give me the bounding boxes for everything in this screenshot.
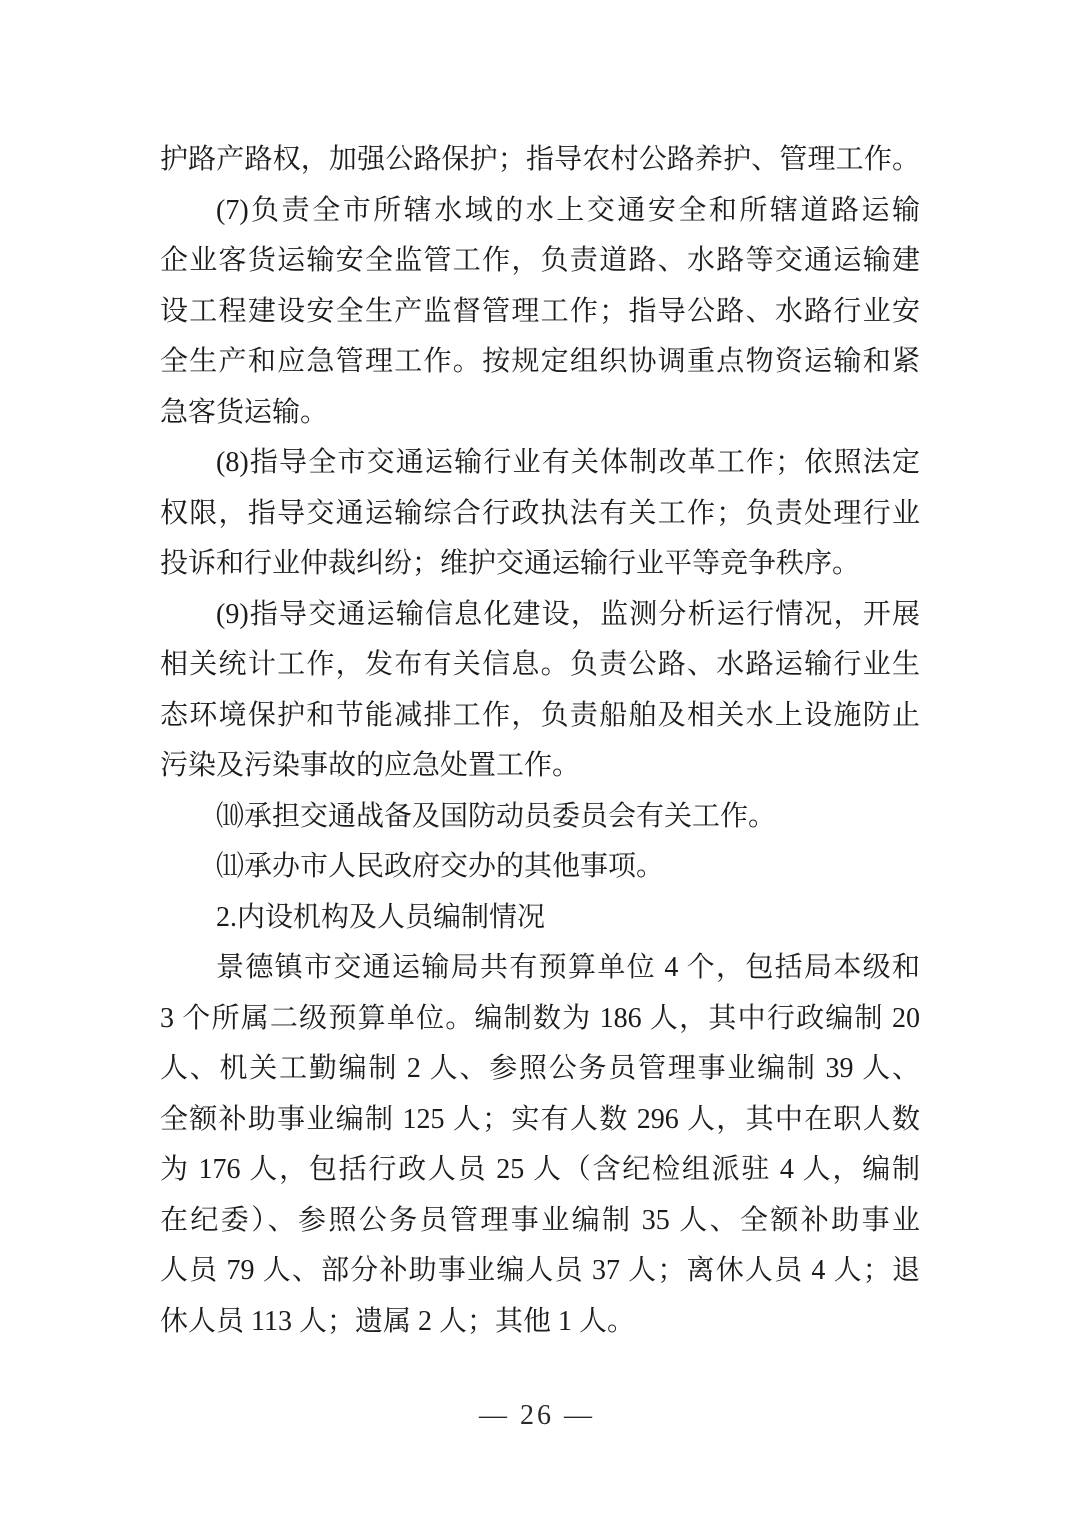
text-line: 全额补助事业编制 125 人；实有人数 296 人，其中在职人数 (160, 1095, 920, 1146)
text-line: 人、机关工勤编制 2 人、参照公务员管理事业编制 39 人、 (160, 1044, 920, 1095)
text-line: 2.内设机构及人员编制情况 (160, 893, 920, 944)
text-line: 为 176 人，包括行政人员 25 人（含纪检组派驻 4 人，编制 (160, 1145, 920, 1196)
text-line: (7)负责全市所辖水域的水上交通安全和所辖道路运输 (160, 186, 920, 237)
text-line: 人员 79 人、部分补助事业编人员 37 人；离休人员 4 人；退 (160, 1246, 920, 1297)
text-line: (9)指导交通运输信息化建设，监测分析运行情况，开展 (160, 590, 920, 641)
text-line: 相关统计工作，发布有关信息。负责公路、水路运输行业生 (160, 640, 920, 691)
text-line: 3 个所属二级预算单位。编制数为 186 人，其中行政编制 20 (160, 994, 920, 1045)
text-line: ⑾承办市人民政府交办的其他事项。 (160, 842, 920, 893)
text-line: 在纪委）、参照公务员管理事业编制 35 人、全额补助事业 (160, 1196, 920, 1247)
text-line: 污染及污染事故的应急处置工作。 (160, 741, 920, 792)
text-line: 护路产路权，加强公路保护；指导农村公路养护、管理工作。 (160, 135, 920, 186)
text-line: (8)指导全市交通运输行业有关体制改革工作；依照法定 (160, 438, 920, 489)
text-line: 态环境保护和节能减排工作，负责船舶及相关水上设施防止 (160, 691, 920, 742)
text-line: 全生产和应急管理工作。按规定组织协调重点物资运输和紧 (160, 337, 920, 388)
text-line: 企业客货运输安全监管工作，负责道路、水路等交通运输建 (160, 236, 920, 287)
document-page: 护路产路权，加强公路保护；指导农村公路养护、管理工作。(7)负责全市所辖水域的水… (0, 0, 1074, 1520)
text-line: ⑽承担交通战备及国防动员委员会有关工作。 (160, 792, 920, 843)
text-line: 休人员 113 人；遗属 2 人；其他 1 人。 (160, 1297, 920, 1348)
text-line: 景德镇市交通运输局共有预算单位 4 个，包括局本级和 (160, 943, 920, 994)
text-line: 投诉和行业仲裁纠纷；维护交通运输行业平等竞争秩序。 (160, 539, 920, 590)
text-line: 权限，指导交通运输综合行政执法有关工作；负责处理行业 (160, 489, 920, 540)
page-number: — 26 — (0, 1400, 1074, 1432)
text-line: 设工程建设安全生产监督管理工作；指导公路、水路行业安 (160, 287, 920, 338)
text-line: 急客货运输。 (160, 388, 920, 439)
body-text: 护路产路权，加强公路保护；指导农村公路养护、管理工作。(7)负责全市所辖水域的水… (160, 135, 920, 1347)
